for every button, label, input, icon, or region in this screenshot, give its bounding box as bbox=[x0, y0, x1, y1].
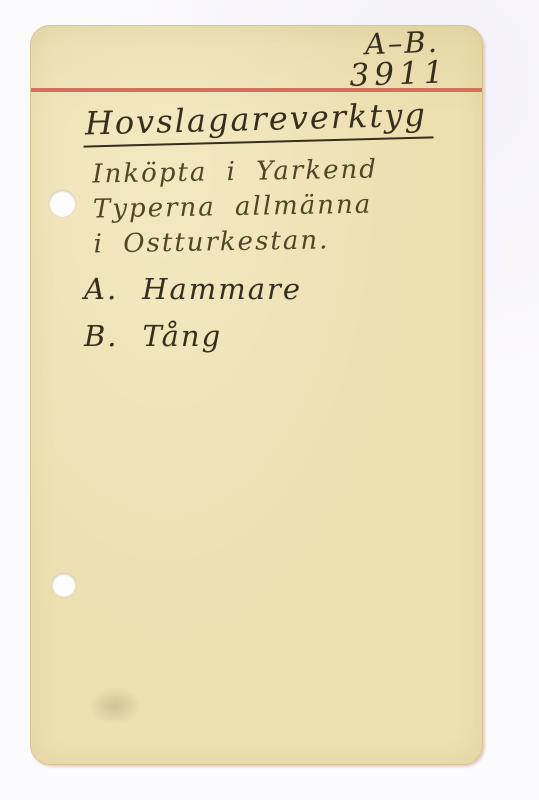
body-line-2: Typerna allmänna bbox=[93, 188, 379, 228]
index-card: A–B. 3911 Hovslagareverktyg Inköpta i Ya… bbox=[30, 25, 483, 765]
body-line-1: Inköpta i Yarkend bbox=[92, 153, 378, 193]
scan-background: A–B. 3911 Hovslagareverktyg Inköpta i Ya… bbox=[0, 0, 539, 800]
item-b-label: B. bbox=[84, 313, 119, 360]
card-body: Inköpta i Yarkend Typerna allmänna i Ost… bbox=[92, 153, 379, 263]
card-title: Hovslagareverktyg bbox=[82, 95, 433, 147]
header-rule bbox=[31, 88, 482, 92]
punch-hole-bottom bbox=[52, 573, 76, 597]
list-item-b: B.Tång bbox=[84, 313, 302, 360]
punch-hole-top bbox=[49, 190, 76, 217]
item-list: A.Hammare B.Tång bbox=[84, 266, 302, 360]
corner-codes: A–B. 3911 bbox=[348, 26, 457, 92]
catalog-number: 3911 bbox=[349, 56, 457, 92]
smudge-mark bbox=[89, 688, 141, 724]
body-line-3: i Ostturkestan. bbox=[93, 223, 379, 263]
item-a-label: A. bbox=[84, 266, 118, 313]
list-item-a: A.Hammare bbox=[84, 266, 302, 313]
item-b-text: Tång bbox=[143, 319, 223, 353]
item-a-text: Hammare bbox=[142, 272, 302, 306]
